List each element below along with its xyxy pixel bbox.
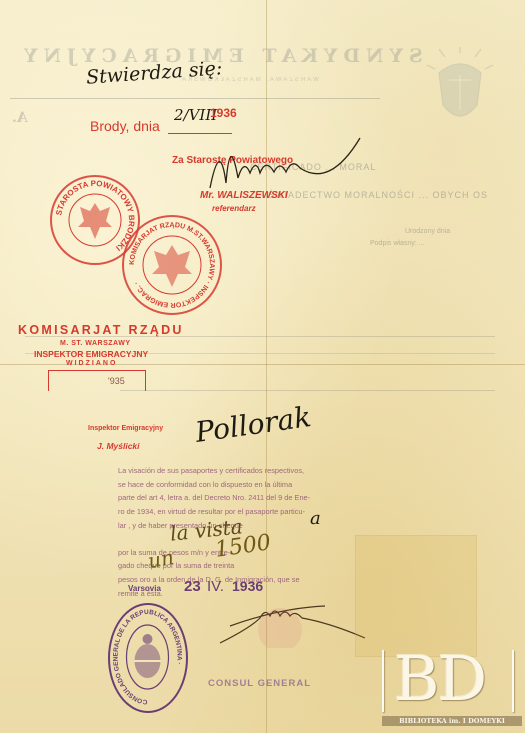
faint-field-1: Urodzony dnia [405, 228, 450, 235]
komisarjat-stamp-line3: INSPEKTOR EMIGRACYJNY [34, 349, 148, 359]
watermark-mark: BD [394, 642, 485, 715]
signature-consul [190, 598, 370, 648]
varsovia-month: IV. [207, 578, 224, 595]
handwritten-cheque-to: a [310, 508, 321, 529]
visa-text-line: parte del art 4, letra a. del Decreto Nr… [118, 491, 350, 505]
photo-mark-patch [355, 535, 477, 657]
komisarjat-stamp-year: '935 [108, 376, 125, 386]
polish-eagle-icon: KOMISARJAT RZĄDU M.ST.WARSZAWY · INSPEKT… [124, 217, 220, 313]
inspector-title: Inspektor Emigracyjny [88, 425, 163, 432]
consulate-oval-stamp: CONSULADO GENERAL DE LA REPUBLICA ARGENT… [108, 603, 188, 713]
crest-icon [425, 45, 495, 130]
section-letter: A. [12, 110, 28, 126]
komisarjat-stamp-box [48, 370, 146, 391]
letterhead-rule [10, 98, 380, 99]
watermark-bar-left [382, 650, 384, 712]
signature-waliszewski [200, 128, 375, 198]
consul-general-label: CONSUL GENERAL [208, 678, 311, 689]
starosta-role: referendarz [212, 204, 256, 213]
varsovia-label: Varsovia [128, 584, 161, 593]
varsovia-day: 23 [184, 578, 201, 595]
place-date-label: Brody, dnia [90, 118, 160, 134]
komisarjat-stamp-line1: KOMISARJAT RZĄDU [18, 323, 184, 337]
argentine-coat-of-arms-icon: CONSULADO GENERAL DE LA REPUBLICA ARGENT… [110, 605, 185, 710]
library-watermark: BD BIBLIOTEKA im. I DOMEYKI [382, 650, 522, 730]
visa-text-line: La visación de sus pasaportes y certific… [118, 464, 350, 478]
komisarjat-stamp-line2: M. ST. WARSZAWY [60, 340, 131, 347]
komisarjat-stamp-line4: WIDZIANO [66, 360, 117, 367]
visa-text-line: se hace de conformidad con lo dispuesto … [118, 478, 350, 492]
watermark-bar-right [512, 650, 514, 712]
signature-pollorak: Pollorak [193, 400, 313, 449]
varsovia-year: 1936 [232, 578, 263, 594]
inspector-name: J. Myślicki [97, 441, 140, 451]
document-scan: SYNDYKAT EMIGRACYJNY WARSZAWA, MARSZAŁKO… [0, 0, 525, 733]
watermark-caption: BIBLIOTEKA im. I DOMEYKI [382, 716, 522, 726]
komisarjat-round-stamp: KOMISARJAT RZĄDU M.ST.WARSZAWY · INSPEKT… [122, 215, 222, 315]
faint-field-2: Podpis własny: ... [370, 240, 424, 247]
stamped-year: 1936 [210, 106, 237, 120]
handwritten-delivered: un [146, 545, 176, 573]
faint-text-row [120, 380, 495, 391]
